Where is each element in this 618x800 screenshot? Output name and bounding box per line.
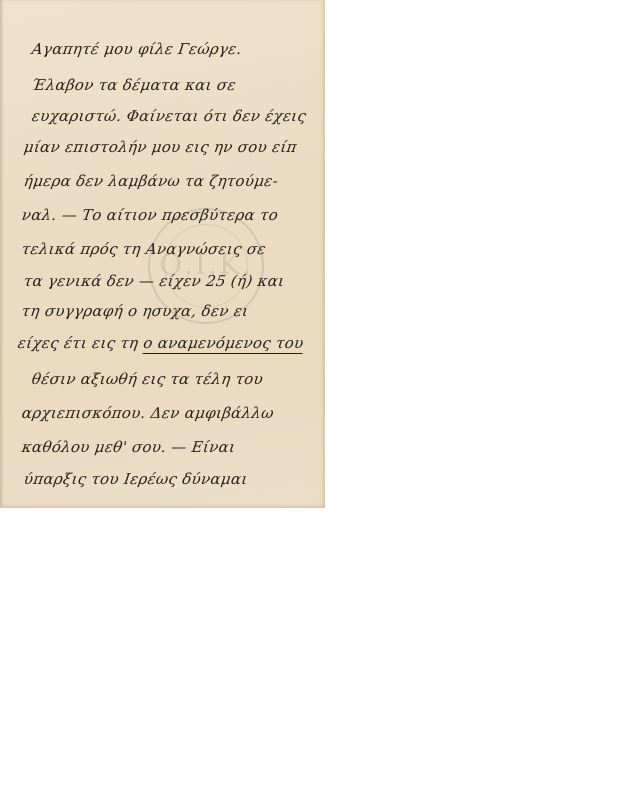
letter-line-10-text: είχες έτι εις τη: [17, 334, 140, 352]
underlined-phrase: ο αναμενόμενος του: [142, 334, 305, 354]
letter-line-9: τη συγγραφή ο ησυχα, δεν ει: [21, 302, 250, 320]
letter-line-8: τα γενικά δεν — είχεν 25 (ή) και: [23, 272, 286, 290]
letter-line-6: ναλ. — Το αίτιον πρεσβύτερα το: [21, 206, 280, 224]
letter-line-11: θέσιν αξιωθή εις τα τέλη του: [31, 370, 265, 388]
letter-line-2: Έλαβον τα δέματα και σε: [31, 76, 237, 94]
letter-line-14: ύπαρξις του Ιερέως δύναμαι: [23, 470, 249, 488]
letter-line-5: ήμερα δεν λαμβάνω τα ζητούμε-: [23, 172, 280, 190]
letter-line-13: καθόλου μεθ' σου. — Είναι: [21, 438, 237, 456]
letter-line-4: μίαν επιστολήν μου εις ην σου είπ: [23, 138, 298, 156]
letter-line-12: αρχιεπισκόπου. Δεν αμφιβάλλω: [21, 404, 275, 422]
letter-page: Ο.Ι.Κ. Αγαπητέ μου φίλε Γεώργε. Έλαβον τ…: [0, 0, 325, 508]
letter-line-3: ευχαριστώ. Φαίνεται ότι δεν έχεις: [31, 107, 308, 125]
letter-line-1: Αγαπητέ μου φίλε Γεώργε.: [31, 40, 243, 58]
letter-line-7: τελικά πρός τη Αναγνώσεις σε: [21, 240, 267, 258]
page-edge-shadow: [0, 0, 4, 508]
letter-line-10: είχες έτι εις τη ο αναμενόμενος του: [17, 334, 305, 352]
